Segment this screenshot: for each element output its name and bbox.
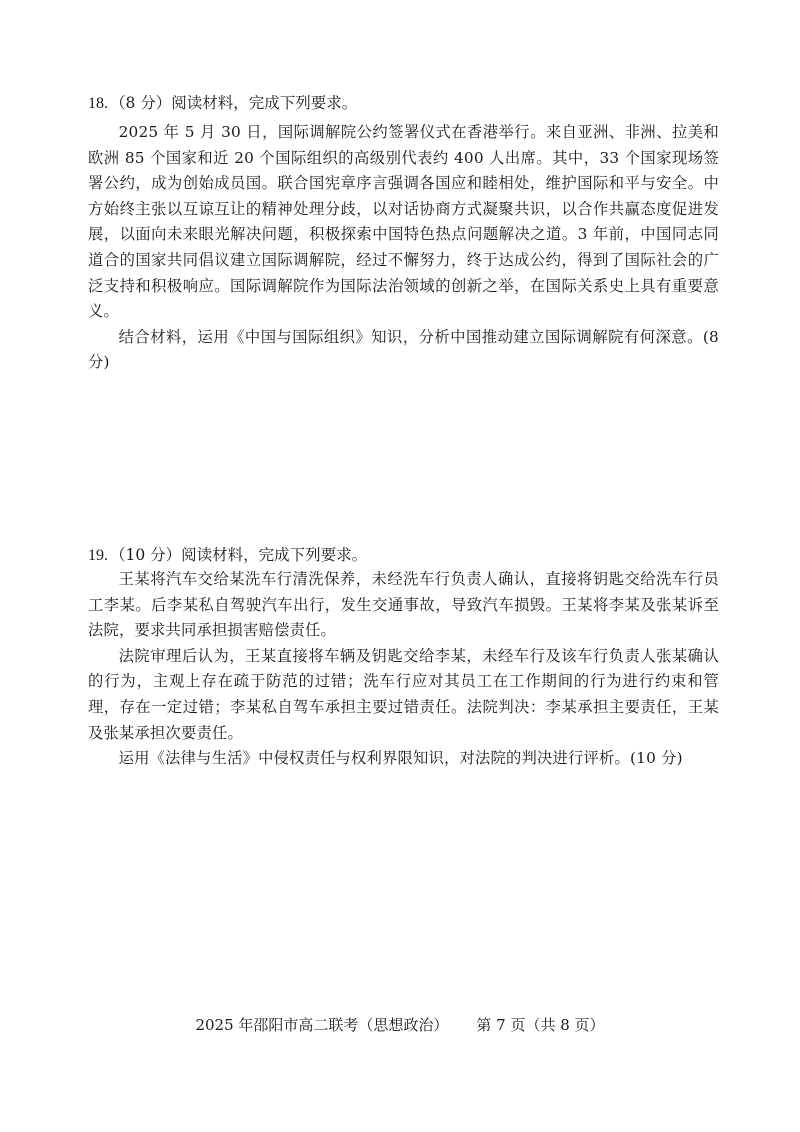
question-19-body: 王某将汽车交给某洗车行清洗保养，未经洗车行负责人确认，直接将钥匙交给洗车行员工李… [88,567,719,772]
question-number: 18. [88,94,110,114]
material-paragraph: 王某将汽车交给某洗车行清洗保养，未经洗车行负责人确认，直接将钥匙交给洗车行员工李… [88,567,719,644]
material-paragraph: 法院审理后认为，王某直接将车辆及钥匙交给李某，未经车行及该车行负责人张某确认的行… [88,644,719,746]
page-number: 第 7 页（共 8 页） [476,1016,604,1034]
question-18-header: 18.（8 分）阅读材料，完成下列要求。 [88,93,357,114]
question-18-body: 2025 年 5 月 30 日，国际调解院公约签署仪式在香港举行。来自亚洲、非洲… [88,120,719,376]
question-instruction: （8 分）阅读材料，完成下列要求。 [110,94,357,112]
exam-title: 2025 年邵阳市高二联考（思想政治） [195,1016,448,1034]
question-prompt: 运用《法律与生活》中侵权责任与权利界限知识，对法院的判决进行评析。(10 分) [88,746,719,772]
question-19-header: 19.（10 分）阅读材料，完成下列要求。 [88,545,367,566]
question-prompt: 结合材料，运用《中国与国际组织》知识，分析中国推动建立国际调解院有何深意。(8 … [88,325,719,376]
question-number: 19. [88,546,110,566]
question-instruction: （10 分）阅读材料，完成下列要求。 [110,546,367,564]
page-footer: 2025 年邵阳市高二联考（思想政治）第 7 页（共 8 页） [0,1015,800,1035]
material-paragraph: 2025 年 5 月 30 日，国际调解院公约签署仪式在香港举行。来自亚洲、非洲… [88,120,719,325]
